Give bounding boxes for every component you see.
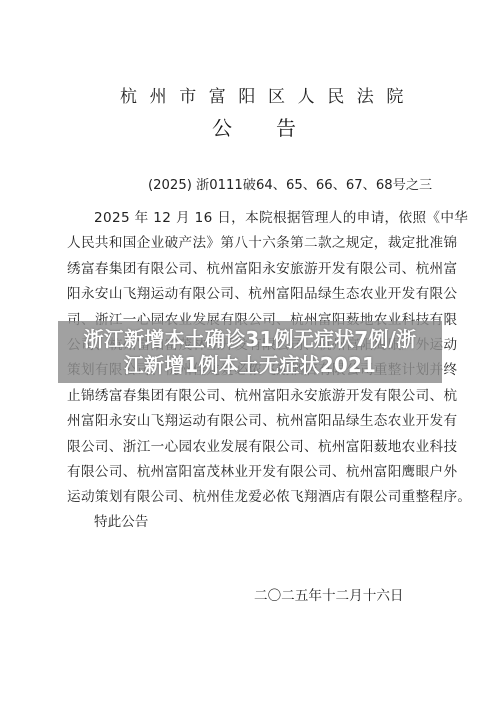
headline-line-2: 江新增1例本土无症状2021 bbox=[124, 352, 376, 378]
court-name: 杭州市富阳区人民法院 bbox=[120, 82, 392, 107]
closing-statement: 特此公告 bbox=[94, 510, 148, 530]
body-line: 阳永安山飞翔运动有限公司、杭州富阳品绿生态农业开发有限公 bbox=[67, 282, 447, 307]
body-line: 人民共和国企业破产法》第八十六条第二款之规定，裁定批准锦 bbox=[67, 231, 447, 256]
body-line: 止锦绣富春集团有限公司、杭州富阳永安旅游开发有限公司、杭 bbox=[67, 384, 447, 409]
body-line: 限公司、浙江一心园农业发展有限公司、杭州富阳薮地农业科技 bbox=[67, 435, 447, 460]
body-line: 2025 年 12 月 16 日，本院根据管理人的申请，依照《中华 bbox=[67, 206, 447, 231]
notice-title: 公告 bbox=[212, 112, 340, 141]
case-number: (2025) 浙0111破64、65、66、67、68号之三 bbox=[148, 174, 432, 193]
headline-overlay-banner: 浙江新增本土确诊31例无症状7例/浙 江新增1例本土无症状2021 bbox=[58, 321, 442, 383]
body-line: 有限公司、杭州富阳富茂林业开发有限公司、杭州富阳鹰眼户外 bbox=[67, 460, 447, 485]
body-line: 州富阳永安山飞翔运动有限公司、杭州富阳品绿生态农业开发有 bbox=[67, 409, 447, 434]
body-line: 绣富春集团有限公司、杭州富阳永安旅游开发有限公司、杭州富 bbox=[67, 257, 447, 282]
notice-date: 二〇二五年十二月十六日 bbox=[254, 584, 404, 604]
headline-line-1: 浙江新增本土确诊31例无症状7例/浙 bbox=[84, 326, 417, 352]
court-notice-page: 杭州市富阳区人民法院 公告 (2025) 浙0111破64、65、66、67、6… bbox=[0, 0, 500, 706]
body-line: 运动策划有限公司、杭州佳龙爱必侬飞翔酒店有限公司重整程序。 bbox=[67, 485, 447, 510]
